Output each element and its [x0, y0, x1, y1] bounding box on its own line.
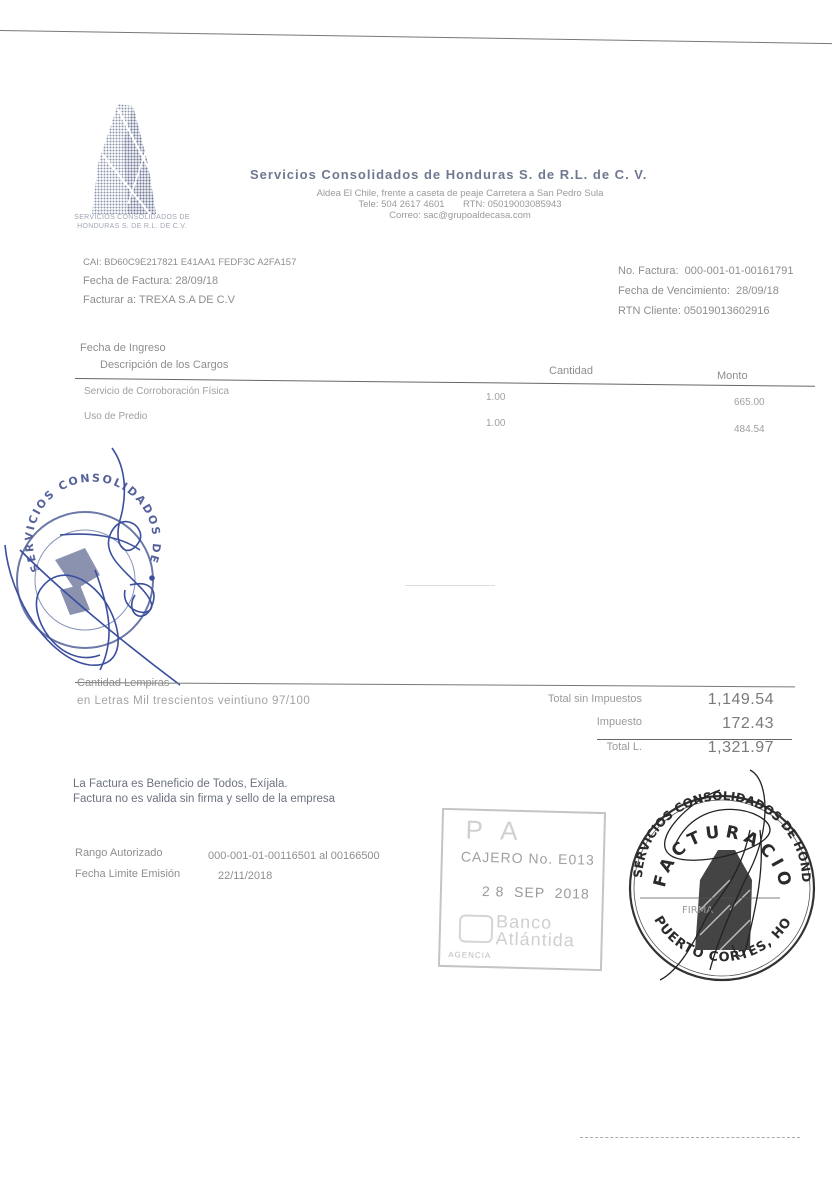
- scan-mark: [580, 1137, 800, 1139]
- cantidad-lempiras-label: Cantidad Lempiras: [77, 677, 169, 689]
- total-value: 1,321.97: [654, 739, 774, 757]
- row-description: Uso de Predio: [84, 411, 147, 422]
- invoice-notice: La Factura es Beneficio de Todos, Exíjal…: [73, 777, 335, 807]
- invoice-meta-right: No. Factura: 000-001-01-00161791 Fecha d…: [618, 261, 794, 321]
- invoice-meta-left: CAI: BD60C9E217821 E41AA1 FEDF3C A2FA157…: [83, 253, 296, 310]
- billing-seal-icon: SERVICIOS CONSOLIDADOS DE HONDURAS PUERT…: [620, 770, 820, 985]
- company-email: Correo: sac@grupoaldecasa.com: [290, 210, 630, 221]
- row-quantity: 1.00: [486, 418, 505, 429]
- no-factura: No. Factura: 000-001-01-00161791: [618, 261, 794, 281]
- notice-line-1: La Factura es Beneficio de Todos, Exíjal…: [73, 777, 335, 792]
- company-logo-icon: [88, 104, 163, 214]
- column-header-quantity: Cantidad: [549, 365, 593, 377]
- notice-line-2: Factura no es valida sin firma y sello d…: [73, 792, 335, 807]
- rango-value: 000-001-01-00116501 al 00166500: [208, 850, 380, 862]
- tax-label: Impuesto: [502, 716, 642, 728]
- authorization-labels: Rango Autorizado Fecha Limite Emisión: [75, 843, 180, 885]
- column-header-amount: Monto: [717, 370, 748, 382]
- row-description: Servicio de Corroboración Física: [84, 386, 229, 397]
- row-amount: 665.00: [734, 397, 765, 408]
- tax-value: 172.43: [654, 715, 774, 733]
- company-phone-rtn: Tele: 504 2617 4601 RTN: 05019003085943: [290, 199, 630, 210]
- row-amount: 484.54: [734, 424, 765, 435]
- fecha-limite-value: 22/11/2018: [218, 870, 272, 882]
- total-label: Total L.: [502, 741, 642, 753]
- left-seal-icon: SERVICIOS CONSOLIDADOS DE HONDURAS: [0, 440, 210, 700]
- rango-label: Rango Autorizado: [75, 843, 180, 864]
- company-address-block: Aldea El Chile, frente a caseta de peaje…: [290, 188, 630, 221]
- stamp-date: 2 8 SEP 2018: [482, 883, 590, 902]
- fecha-limite-label: Fecha Limite Emisión: [75, 864, 180, 885]
- logo-caption: SERVICIOS CONSOLIDADOS DE HONDURAS S. DE…: [52, 213, 212, 231]
- rtn-cliente: RTN Cliente: 05019013602916: [618, 301, 794, 321]
- fecha-vencimiento: Fecha de Vencimiento: 28/09/18: [618, 281, 794, 301]
- fecha-factura: Fecha de Factura: 28/09/18: [83, 272, 296, 291]
- fecha-ingreso-label: Fecha de Ingreso: [80, 342, 166, 354]
- row-quantity: 1.00: [486, 392, 505, 403]
- stamp-header: P A: [465, 815, 524, 848]
- company-name: Servicios Consolidados de Honduras S. de…: [250, 167, 647, 182]
- stamp-agencia: AGENCIA: [448, 950, 491, 960]
- scan-mark: [405, 585, 495, 586]
- column-header-description: Descripción de los Cargos: [100, 359, 228, 371]
- amount-in-words: en Letras Mil trescientos veintiuno 97/1…: [77, 695, 310, 707]
- company-address: Aldea El Chile, frente a caseta de peaje…: [290, 188, 630, 199]
- facturar-a: Facturar a: TREXA S.A DE C.V: [83, 291, 296, 310]
- stamp-bank: Banco Atlántida: [495, 913, 575, 949]
- cai: CAI: BD60C9E217821 E41AA1 FEDF3C A2FA157: [83, 253, 296, 272]
- page-edge: [0, 30, 832, 44]
- cashier-paid-stamp: P A CAJERO No. E013 2 8 SEP 2018 Banco A…: [438, 808, 606, 971]
- bank-logo-icon: [459, 914, 494, 943]
- stamp-cajero: CAJERO No. E013: [461, 848, 595, 868]
- subtotal-value: 1,149.54: [654, 691, 774, 709]
- subtotal-label: Total sin Impuestos: [502, 693, 642, 705]
